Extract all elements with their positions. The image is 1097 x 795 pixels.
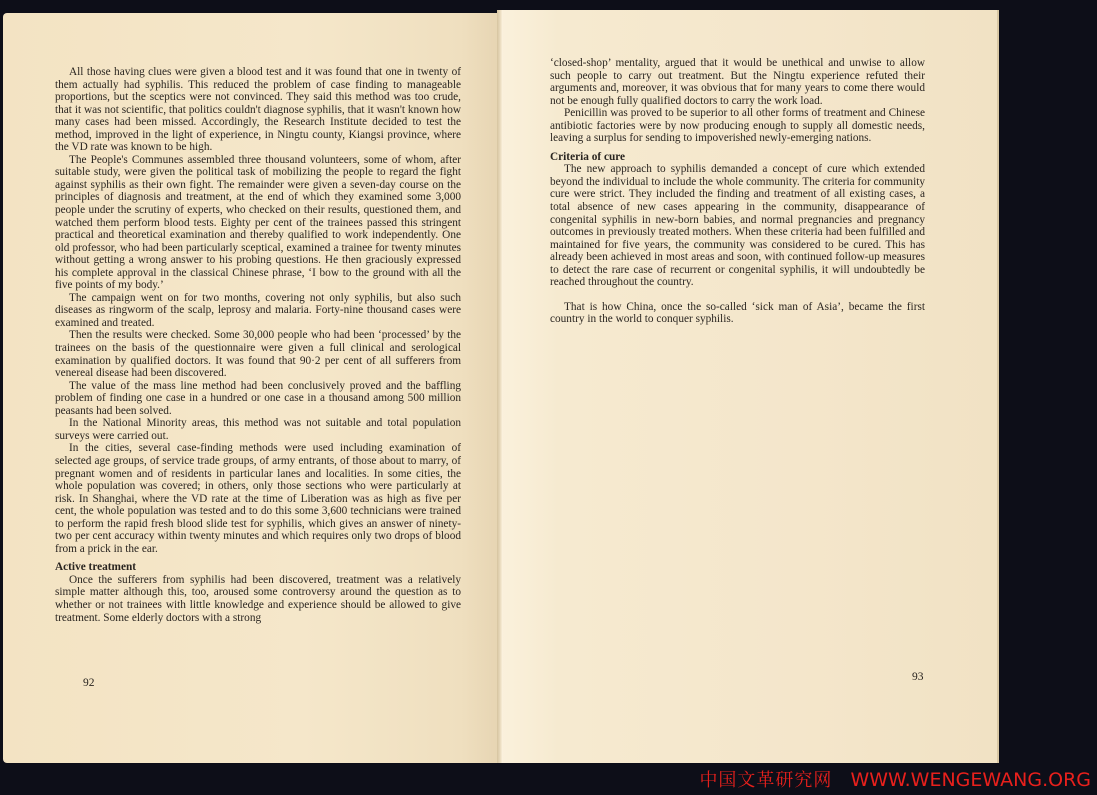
paragraph: Once the sufferers from syphilis had bee…: [55, 574, 461, 624]
section-heading-criteria-of-cure: Criteria of cure: [550, 151, 925, 164]
paragraph: All those having clues were given a bloo…: [55, 66, 461, 154]
paragraph: Then the results were checked. Some 30,0…: [55, 329, 461, 379]
paragraph: The new approach to syphilis demanded a …: [550, 163, 925, 288]
right-page-text: ‘closed-shop’ mentality, argued that it …: [550, 57, 925, 326]
watermark: 中国文革研究网 WWW.WENGEWANG.ORG: [699, 766, 1091, 792]
left-page-text: All those having clues were given a bloo…: [55, 66, 461, 624]
watermark-url: WWW.WENGEWANG.ORG: [850, 769, 1091, 791]
paragraph-conclusion: That is how China, once the so-called ‘s…: [550, 301, 925, 326]
section-heading-active-treatment: Active treatment: [55, 561, 461, 574]
spacer: [550, 289, 925, 301]
paragraph-continuation: ‘closed-shop’ mentality, argued that it …: [550, 57, 925, 107]
right-page: ‘closed-shop’ mentality, argued that it …: [500, 10, 999, 763]
paragraph: The People's Communes assembled three th…: [55, 154, 461, 292]
paragraph: In the National Minority areas, this met…: [55, 417, 461, 442]
book-gutter: [497, 10, 503, 763]
paragraph: The campaign went on for two months, cov…: [55, 292, 461, 330]
paragraph: In the cities, several case-finding meth…: [55, 442, 461, 555]
page-number: 93: [912, 671, 924, 683]
paragraph: Penicillin was proved to be superior to …: [550, 107, 925, 145]
page-number: 92: [83, 677, 95, 689]
watermark-chinese-text: 中国文革研究网: [699, 766, 832, 792]
paragraph: The value of the mass line method had be…: [55, 380, 461, 418]
book-spread: All those having clues were given a bloo…: [0, 0, 1097, 795]
left-page: All those having clues were given a bloo…: [3, 13, 501, 763]
